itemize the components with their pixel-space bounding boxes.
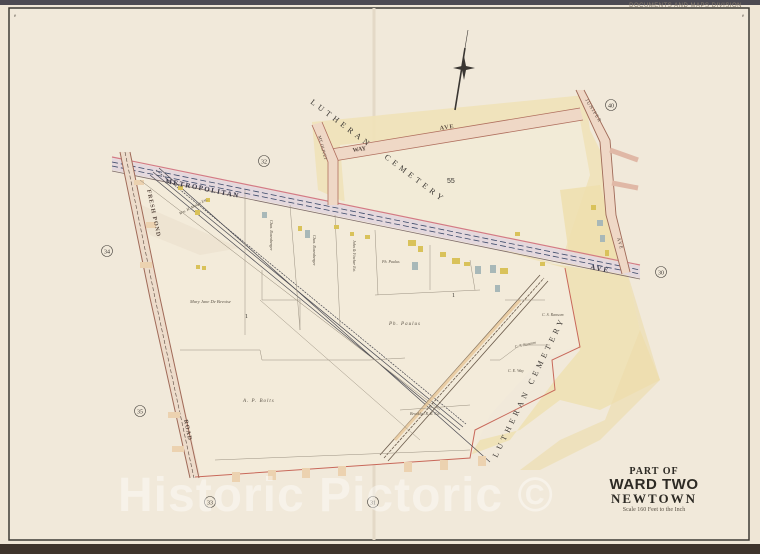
svg-text:31: 31 — [370, 501, 376, 507]
title-scale: Scale 160 Feet to the Inch — [598, 506, 710, 515]
owner-label: John & Fischer Est. — [352, 240, 357, 272]
svg-text:33: 33 — [207, 501, 213, 507]
svg-text:35: 35 — [137, 410, 143, 416]
svg-text:34: 34 — [104, 250, 110, 256]
title-ward: WARD TWO — [598, 477, 710, 492]
owner-label: A. P. Bolts — [242, 399, 275, 404]
owner-label: Brooklyn R. R. Co. — [410, 411, 440, 416]
owner-label: Ph. Paulus — [388, 322, 421, 327]
owner-label: Chas. Rosenberger — [312, 235, 317, 266]
owner-label: C. S. Ransom — [542, 312, 564, 317]
owner-label: C. E. Way — [508, 368, 524, 373]
owner-label: Mary Jane De Bevoise — [189, 299, 231, 304]
svg-text:30: 30 — [658, 271, 664, 277]
title-town: NEWTOWN — [598, 492, 710, 506]
owner-label: Ph. Paulus — [381, 259, 400, 264]
lot-number: 1 — [245, 314, 248, 320]
svg-text:32: 32 — [261, 160, 267, 166]
owner-label: Chas. Rosenberger — [269, 220, 274, 251]
map-sheet: METROPOLITAN AVE FRESH POND ROAD WAY AVE… — [0, 0, 760, 554]
map-title-block: PART OF WARD TWO NEWTOWN Scale 160 Feet … — [598, 466, 710, 515]
catalog-strip: DOCUMENTS AND MAPS DIVISION — [629, 3, 742, 9]
lot-number: 1 — [452, 293, 455, 299]
block-number-55: 55 — [447, 178, 455, 185]
svg-text:40: 40 — [608, 104, 614, 110]
